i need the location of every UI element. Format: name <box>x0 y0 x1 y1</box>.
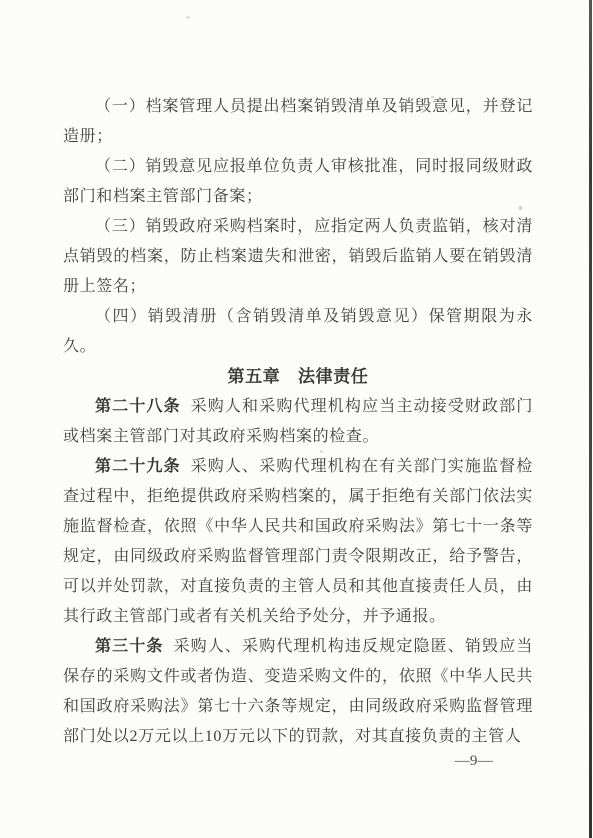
clause-paragraph-1: （一）档案管理人员提出档案销毁清单及销毁意见，并登记造册； <box>63 92 533 152</box>
scan-speckle <box>186 16 190 19</box>
article-paragraph-28: 第二十八条采购人和采购代理机构应当主动接受财政部门或档案主管部门对其政府采购档案… <box>63 392 533 452</box>
article-number: 第三十条 <box>95 638 164 655</box>
article-paragraph-29: 第二十九条采购人、采购代理机构在有关部门实施监督检查过程中，拒绝提供政府采购档案… <box>63 452 533 632</box>
clause-paragraph-2: （二）销毁意见应报单位负责人审核批准，同时报同级财政部门和档案主管部门备案； <box>63 152 533 212</box>
clause-paragraph-3: （三）销毁政府采购档案时，应指定两人负责监销，核对清点销毁的档案，防止档案遗失和… <box>63 212 533 302</box>
scanned-document-page: （一）档案管理人员提出档案销毁清单及销毁意见，并登记造册； （二）销毁意见应报单… <box>0 0 593 838</box>
article-text: 采购人、采购代理机构在有关部门实施监督检查过程中，拒绝提供政府采购档案的，属于拒… <box>63 458 533 625</box>
clause-paragraph-4: （四）销毁清册（含销毁清单及销毁意见）保管期限为永久。 <box>63 302 533 362</box>
page-number: —9— <box>455 750 493 772</box>
chapter-heading: 第五章 法律责任 <box>63 362 533 392</box>
article-paragraph-30: 第三十条采购人、采购代理机构违反规定隐匿、销毁应当保存的采购文件或者伪造、变造采… <box>63 632 533 752</box>
article-number: 第二十八条 <box>95 398 181 415</box>
document-body: （一）档案管理人员提出档案销毁清单及销毁意见，并登记造册； （二）销毁意见应报单… <box>63 92 533 752</box>
article-number: 第二十九条 <box>95 458 181 475</box>
scan-edge-shadow <box>589 0 592 838</box>
